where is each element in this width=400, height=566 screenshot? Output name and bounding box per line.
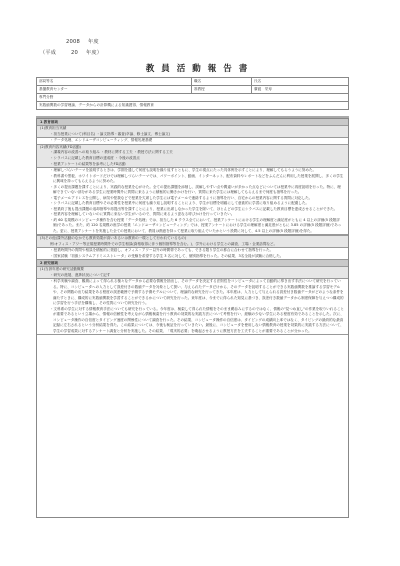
year-era-value: 20 (60, 50, 78, 56)
fd-item: ・約 60 名規模のコンピュータ操作を含む授業「データ処理」では、担当した 6 … (37, 218, 348, 235)
fd-item: ・多くの提出課題を課すことにより、実践的な授業を心がけた。全ての提出課題を添削し… (37, 185, 348, 196)
name-value: 廣渡 栄寿 (252, 86, 349, 94)
research-content-block: ・科学実験や調査、観測によって得られる様々なデータから必要な情報を抽出し、そのデ… (37, 278, 348, 335)
era-suffix: 年度） (86, 50, 102, 56)
year-ad-label: 年度 (88, 39, 99, 45)
name-label: 氏名 (252, 78, 349, 86)
research-item: ・文科系の学生に対する情報教育手法についても研究を行っている。今年度は、検索して… (37, 307, 348, 335)
other-content-block: ・授業時間外の質問や相談を積極的に奨励し、オフィス・アワー以外の時間帯であっても… (37, 247, 348, 260)
section-heading-education: 1 教育領域 (37, 119, 348, 126)
research-item: ・科学実験や調査、観測によって得られる様々なデータから必要な情報を抽出し、そのデ… (37, 279, 348, 307)
field-label: 専門分野 (37, 94, 349, 102)
position-value: 准教授 (192, 86, 252, 94)
faculty-info-table: 部局等名 職名 氏名 基盤教育センター 准教授 廣渡 栄寿 専門分野 実数値関数… (36, 77, 349, 110)
content-teaching: ・データ処理、エンドユーザコンピューティング、情報処理基礎 (37, 137, 348, 145)
year-ad-value: 2008 (62, 39, 80, 45)
fd-item: ・教科書や黒板、ホワイトボードだけでは理解しづらいテーマでは、パワーポイント、動… (37, 174, 348, 185)
other-item: ・国家試験「初級システムアドミニストレータ」の受験を希望する学生 3 名に対して… (37, 254, 348, 260)
report-body: 1 教育領域 (1)教育担当実績 ・担当授業について(科目名) ・論文指導・審査… (36, 118, 349, 518)
era-prefix: （平成 (40, 49, 60, 56)
position-label: 職名 (192, 78, 252, 86)
fd-content-block: ・理解しづらいテーマを説明するときは、学期を通して何度も説明を繰り返すとともに、… (37, 167, 348, 235)
dept-label: 部局等名 (37, 78, 192, 86)
fiscal-year-ad: 2008年度 (62, 38, 99, 45)
fiscal-year-era: （平成20年度） (40, 49, 102, 56)
fd-item: ・シラバスに記載した教育目標やその必要性を授業中に何度も繰り返し説明することによ… (37, 201, 348, 207)
fd-item: ・理解しづらいテーマを説明するときは、学期を通して何度も説明を繰り返すとともに、… (37, 168, 348, 174)
page-title: 教員活動報告書 (0, 62, 400, 74)
dept-value: 基盤教育センター (37, 86, 192, 94)
field-value: 実数値関数の学習理論、データからの計算機による知識獲得、情報教育 (37, 102, 349, 110)
